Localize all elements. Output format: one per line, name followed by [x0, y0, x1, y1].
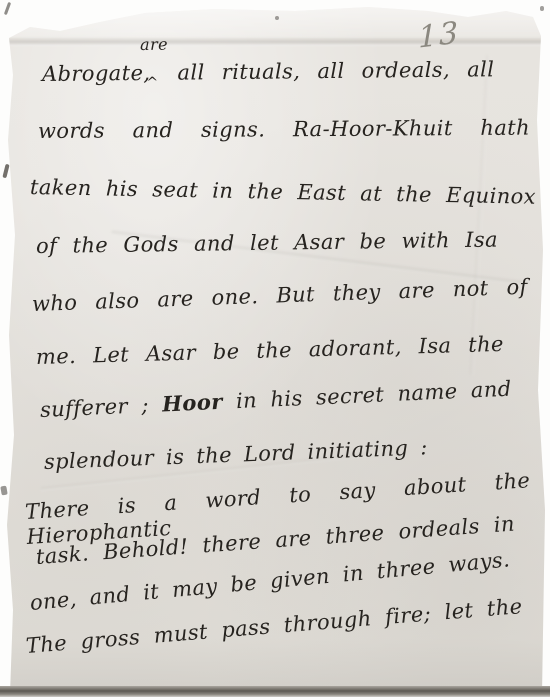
line-text: Abrogate, — [42, 61, 151, 86]
inserted-word: are — [140, 35, 168, 54]
paper-blemish — [275, 16, 279, 20]
line-text: sufferer ; — [39, 393, 149, 422]
insertion-mark: are^ — [150, 59, 160, 80]
manuscript-paper: 13 Abrogate,are^ all rituals, all ordeal… — [0, 0, 550, 694]
line-text: who also are one. But they are not of — [32, 275, 529, 316]
fold-crease — [0, 37, 550, 46]
page-number: 13 — [418, 15, 460, 55]
handwritten-line: taken his seat in the East at the Equino… — [30, 175, 536, 210]
handwritten-line: Abrogate,are^ all rituals, all ordeals, … — [42, 55, 520, 87]
handwritten-line: of the Gods and let Asar be with Isa — [36, 228, 498, 260]
line-text: words and signs. Ra-Hoor-Khuit hath — [38, 116, 530, 143]
handwritten-line: words and signs. Ra-Hoor-Khuit hath — [38, 116, 530, 145]
paper-blemish — [4, 2, 11, 15]
line-text: taken his seat in the East at the Equino… — [30, 175, 536, 209]
line-text: in his secret name and — [235, 377, 512, 413]
line-text: me. Let Asar be the adorant, Isa the — [36, 332, 504, 369]
caret-icon: ^ — [146, 75, 158, 92]
paper-blemish — [2, 164, 9, 179]
paper-blemish — [540, 6, 544, 11]
handwritten-line: who also are one. But they are not of — [32, 275, 529, 317]
line-text: splendour is the Lord initiating : — [44, 435, 429, 474]
scan-edge-shadow — [0, 686, 550, 697]
handwritten-line: sufferer ; Hoor in his secret name and — [39, 376, 512, 424]
paper-blemish — [0, 486, 7, 496]
line-text: of the Gods and let Asar be with Isa — [36, 228, 498, 258]
line-text: all rituals, all ordeals, all — [177, 57, 494, 84]
paper-crease — [470, 55, 491, 375]
overwritten-word: Hoor — [162, 389, 224, 417]
handwritten-line: me. Let Asar be the adorant, Isa the — [36, 332, 505, 370]
handwritten-line: splendour is the Lord initiating : — [44, 435, 429, 475]
scan-background: 13 Abrogate,are^ all rituals, all ordeal… — [0, 0, 550, 700]
